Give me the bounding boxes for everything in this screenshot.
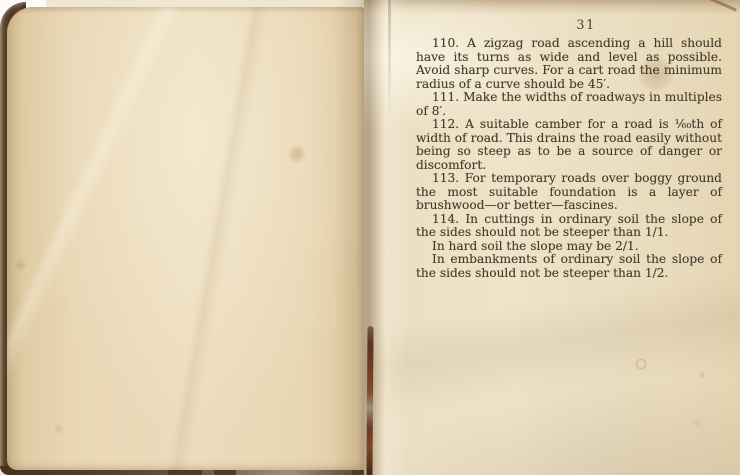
page-text: 110. A zigzag road ascending a hill shou… <box>416 37 722 280</box>
open-book-scan: 31 110. A zigzag road ascending a hill s… <box>0 0 740 475</box>
page-number: 31 <box>416 18 722 33</box>
paragraph-114: 114. In cuttings in ordinary soil the sl… <box>416 213 722 240</box>
paragraph-110: 110. A zigzag road ascending a hill shou… <box>416 37 722 91</box>
binding-crease <box>388 0 391 120</box>
page-corner-stain <box>705 0 737 12</box>
paragraph-114-embankments: In embankments of ordinary soil the slop… <box>416 253 722 280</box>
right-text-page: 31 110. A zigzag road ascending a hill s… <box>364 0 740 475</box>
paragraph-112: 112. A suitable camber for a road is ¹⁄₆… <box>416 118 722 172</box>
paragraph-111: 111. Make the widths of roadways in mult… <box>416 91 722 118</box>
paragraph-114-hard-soil: In hard soil the slope may be 2/1. <box>416 240 722 254</box>
binding-stitch <box>366 326 373 475</box>
paragraph-113: 113. For temporary roads over boggy grou… <box>416 172 722 213</box>
left-blank-page <box>7 7 364 470</box>
